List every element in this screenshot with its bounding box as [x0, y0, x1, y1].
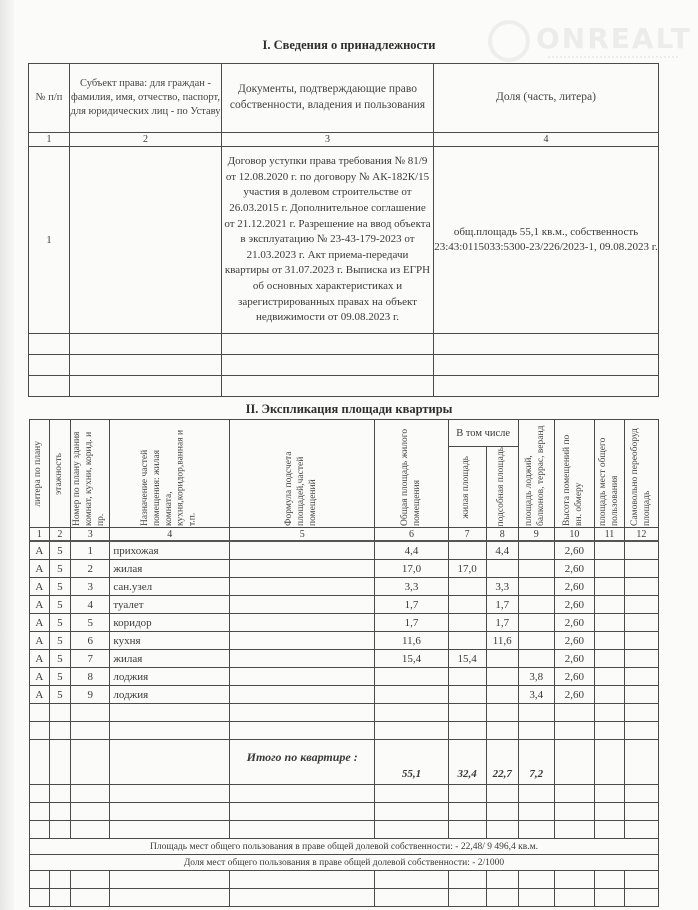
empty-row	[30, 821, 659, 839]
cell-lit: А	[30, 578, 50, 596]
cell-height: 2,60	[554, 541, 594, 560]
cell-unauth	[624, 650, 658, 668]
cell-total	[375, 686, 448, 704]
cell-lit: А	[30, 614, 50, 632]
cell-common	[594, 650, 624, 668]
cell-lit: А	[30, 560, 50, 578]
cell-floor: 5	[49, 541, 71, 560]
header-room-number: Номер по плану здания комнат, кухни, кор…	[72, 422, 108, 526]
room-row: А57жилая15,415,42,60	[30, 650, 659, 668]
explication-table: литера по плану этажность Номер по плану…	[29, 419, 659, 907]
cell-floor: 5	[49, 578, 71, 596]
total-loggia: 7,2	[518, 740, 554, 785]
cell-lit: А	[30, 650, 50, 668]
cell-aux	[486, 650, 518, 668]
cell-living	[448, 632, 486, 650]
cell-no: 2	[71, 560, 110, 578]
cell-total: 1,7	[375, 614, 448, 632]
cell-total: 11,6	[375, 632, 448, 650]
colnum: 5	[230, 528, 375, 542]
cell-total: 3,3	[375, 578, 448, 596]
room-row: А53сан.узел3,33,32,60	[30, 578, 659, 596]
colnum: 4	[110, 528, 230, 542]
cell-name: жилая	[110, 650, 230, 668]
cell-common	[594, 541, 624, 560]
cell-common	[594, 578, 624, 596]
cell-loggia: 3,8	[518, 668, 554, 686]
cell-lit: А	[30, 632, 50, 650]
header-floors: этажность	[54, 453, 66, 495]
empty-row	[30, 704, 659, 722]
cell-height: 2,60	[554, 596, 594, 614]
common-area-note-text: Площадь мест общего пользования в праве …	[30, 839, 659, 855]
cell-formula	[230, 632, 375, 650]
colnum: 4	[434, 133, 659, 147]
cell-aux	[486, 560, 518, 578]
colnum: 2	[49, 528, 71, 542]
header-including: В том числе	[448, 420, 518, 447]
empty-row	[30, 722, 659, 740]
cell-formula	[230, 578, 375, 596]
ownership-empty-row	[29, 355, 659, 376]
cell-no: 5	[71, 614, 110, 632]
colnum: 7	[448, 528, 486, 542]
colnum: 1	[30, 528, 50, 542]
cell-living	[448, 686, 486, 704]
cell-unauth	[624, 614, 658, 632]
cell-living	[448, 596, 486, 614]
cell-unauth	[624, 541, 658, 560]
cell-loggia: 3,4	[518, 686, 554, 704]
cell-no: 9	[71, 686, 110, 704]
cell-no: 6	[71, 632, 110, 650]
cell-floor: 5	[49, 650, 71, 668]
cell-height: 2,60	[554, 650, 594, 668]
cell-formula	[230, 560, 375, 578]
empty-row	[30, 889, 659, 907]
cell-unauth	[624, 560, 658, 578]
total-aux: 22,7	[486, 740, 518, 785]
cell-total: 4,4	[375, 541, 448, 560]
ownership-empty-row	[29, 376, 659, 397]
colnum: 9	[518, 528, 554, 542]
watermark-underline	[548, 56, 678, 63]
cell-aux	[486, 686, 518, 704]
empty-row	[30, 785, 659, 803]
colnum: 11	[594, 528, 624, 542]
cell-total: 1,7	[375, 596, 448, 614]
cell-floor: 5	[49, 668, 71, 686]
total-total: 55,1	[375, 740, 448, 785]
header-height: Высота помещений по вн. обмеру	[562, 422, 586, 526]
cell-floor: 5	[49, 632, 71, 650]
cell-living: 17,0	[448, 560, 486, 578]
cell-unauth	[624, 686, 658, 704]
cell-height: 2,60	[554, 668, 594, 686]
common-area-note: Площадь мест общего пользования в праве …	[30, 839, 659, 855]
cell-total: 15,4	[375, 650, 448, 668]
header-num: № п/п	[29, 64, 70, 133]
header-documents: Документы, подтверждающие право собствен…	[222, 64, 434, 133]
cell-floor: 5	[49, 614, 71, 632]
cell-floor: 5	[49, 560, 71, 578]
cell-name: лоджия	[110, 686, 230, 704]
ownership-header-row: № п/п Субъект права: для граждан - фамил…	[29, 64, 659, 133]
total-row: Итого по квартире :55,132,422,77,2	[30, 740, 659, 785]
cell-loggia	[518, 632, 554, 650]
cell-total	[375, 668, 448, 686]
cell-name: туалет	[110, 596, 230, 614]
header-share: Доля (часть, литера)	[434, 64, 659, 133]
cell-living	[448, 614, 486, 632]
cell-height: 2,60	[554, 578, 594, 596]
cell-name: прихожая	[110, 541, 230, 560]
empty-row	[30, 803, 659, 821]
cell-height: 2,60	[554, 614, 594, 632]
ownership-column-numbers: 1 2 3 4	[29, 133, 659, 147]
header-aux-area: подсобная площадь	[496, 447, 508, 527]
cell-lit: А	[30, 668, 50, 686]
total-label: Итого по квартире :	[230, 740, 375, 785]
cell-floor: 5	[49, 596, 71, 614]
cell-total: 17,0	[375, 560, 448, 578]
cell-loggia	[518, 596, 554, 614]
room-row: А52жилая17,017,02,60	[30, 560, 659, 578]
cell-no: 4	[71, 596, 110, 614]
header-total-area: Общая площадь жилого помещения	[400, 422, 424, 526]
cell-formula	[230, 541, 375, 560]
cell-common	[594, 686, 624, 704]
room-row: А59лоджия3,42,60	[30, 686, 659, 704]
cell-unauth	[624, 632, 658, 650]
header-living-area: жилая площадь	[461, 456, 473, 519]
cell-formula	[230, 686, 375, 704]
ownership-table: № п/п Субъект права: для граждан - фамил…	[28, 63, 659, 397]
cell-loggia	[518, 650, 554, 668]
cell-loggia	[518, 614, 554, 632]
cell-common	[594, 614, 624, 632]
cell-formula	[230, 596, 375, 614]
cell-name: кухня	[110, 632, 230, 650]
cell-living	[448, 578, 486, 596]
cell-loggia	[518, 578, 554, 596]
cell-no: 3	[71, 578, 110, 596]
cell-name: жилая	[110, 560, 230, 578]
common-share-note: Доля мест общего пользования в праве общ…	[30, 855, 659, 871]
explication-header-row: литера по плану этажность Номер по плану…	[30, 420, 659, 447]
colnum: 10	[554, 528, 594, 542]
cell-unauth	[624, 596, 658, 614]
total-living: 32,4	[448, 740, 486, 785]
room-row: А51прихожая4,44,42,60	[30, 541, 659, 560]
cell-lit: А	[30, 596, 50, 614]
cell-common	[594, 560, 624, 578]
cell-formula	[230, 668, 375, 686]
ownership-empty-row	[29, 334, 659, 355]
section1-title: I. Сведения о принадлежности	[0, 38, 698, 53]
room-row: А56кухня11,611,62,60	[30, 632, 659, 650]
colnum: 8	[486, 528, 518, 542]
room-row: А55коридор1,71,72,60	[30, 614, 659, 632]
header-purpose: Назначение частей помещения: жилая комна…	[140, 422, 199, 526]
cell-formula	[230, 614, 375, 632]
header-subject: Субъект права: для граждан - фамилия, им…	[70, 64, 222, 133]
cell-aux	[486, 668, 518, 686]
row-share: общ.площадь 55,1 кв.м., собственность 23…	[434, 147, 659, 334]
cell-unauth	[624, 578, 658, 596]
header-formula: Формула подсчета площадей,частей помещен…	[284, 422, 320, 526]
empty-row	[30, 871, 659, 889]
cell-lit: А	[30, 541, 50, 560]
common-share-note-text: Доля мест общего пользования в праве общ…	[30, 855, 659, 871]
colnum: 3	[222, 133, 434, 147]
cell-living: 15,4	[448, 650, 486, 668]
cell-aux: 4,4	[486, 541, 518, 560]
cell-aux: 3,3	[486, 578, 518, 596]
cell-aux: 1,7	[486, 614, 518, 632]
cell-height: 2,60	[554, 632, 594, 650]
header-unauthorized: Самовольно переоборуд площадь	[630, 422, 654, 526]
explication-column-numbers: 123456789101112	[30, 528, 659, 542]
cell-loggia	[518, 560, 554, 578]
colnum: 6	[375, 528, 448, 542]
header-litera: литера по плану	[33, 441, 45, 507]
colnum: 12	[624, 528, 658, 542]
cell-no: 7	[71, 650, 110, 668]
cell-aux: 11,6	[486, 632, 518, 650]
colnum: 1	[29, 133, 70, 147]
cell-floor: 5	[49, 686, 71, 704]
cell-aux: 1,7	[486, 596, 518, 614]
cell-unauth	[624, 668, 658, 686]
cell-living	[448, 541, 486, 560]
cell-lit: А	[30, 686, 50, 704]
header-loggia-area: площадь лоджий, балконов, террас, веранд	[524, 422, 548, 526]
cell-name: сан.узел	[110, 578, 230, 596]
cell-name: коридор	[110, 614, 230, 632]
scan-left-edge	[0, 0, 14, 910]
cell-common	[594, 596, 624, 614]
room-row: А58лоджия3,82,60	[30, 668, 659, 686]
row-documents: Договор уступки права требования № 81/9 …	[222, 147, 434, 334]
cell-no: 8	[71, 668, 110, 686]
cell-name: лоджия	[110, 668, 230, 686]
cell-common	[594, 668, 624, 686]
cell-height: 2,60	[554, 686, 594, 704]
ownership-row: 1 Договор уступки права требования № 81/…	[29, 147, 659, 334]
row-subject	[70, 147, 222, 334]
cell-formula	[230, 650, 375, 668]
colnum: 3	[71, 528, 110, 542]
cell-loggia	[518, 541, 554, 560]
cell-no: 1	[71, 541, 110, 560]
cell-height: 2,60	[554, 560, 594, 578]
cell-common	[594, 632, 624, 650]
header-common-area: площадь мест общего пользования	[598, 422, 622, 526]
colnum: 2	[70, 133, 222, 147]
row-num: 1	[29, 147, 70, 334]
section2-title: II. Экспликация площади квартиры	[0, 402, 698, 417]
cell-living	[448, 668, 486, 686]
room-row: А54туалет1,71,72,60	[30, 596, 659, 614]
